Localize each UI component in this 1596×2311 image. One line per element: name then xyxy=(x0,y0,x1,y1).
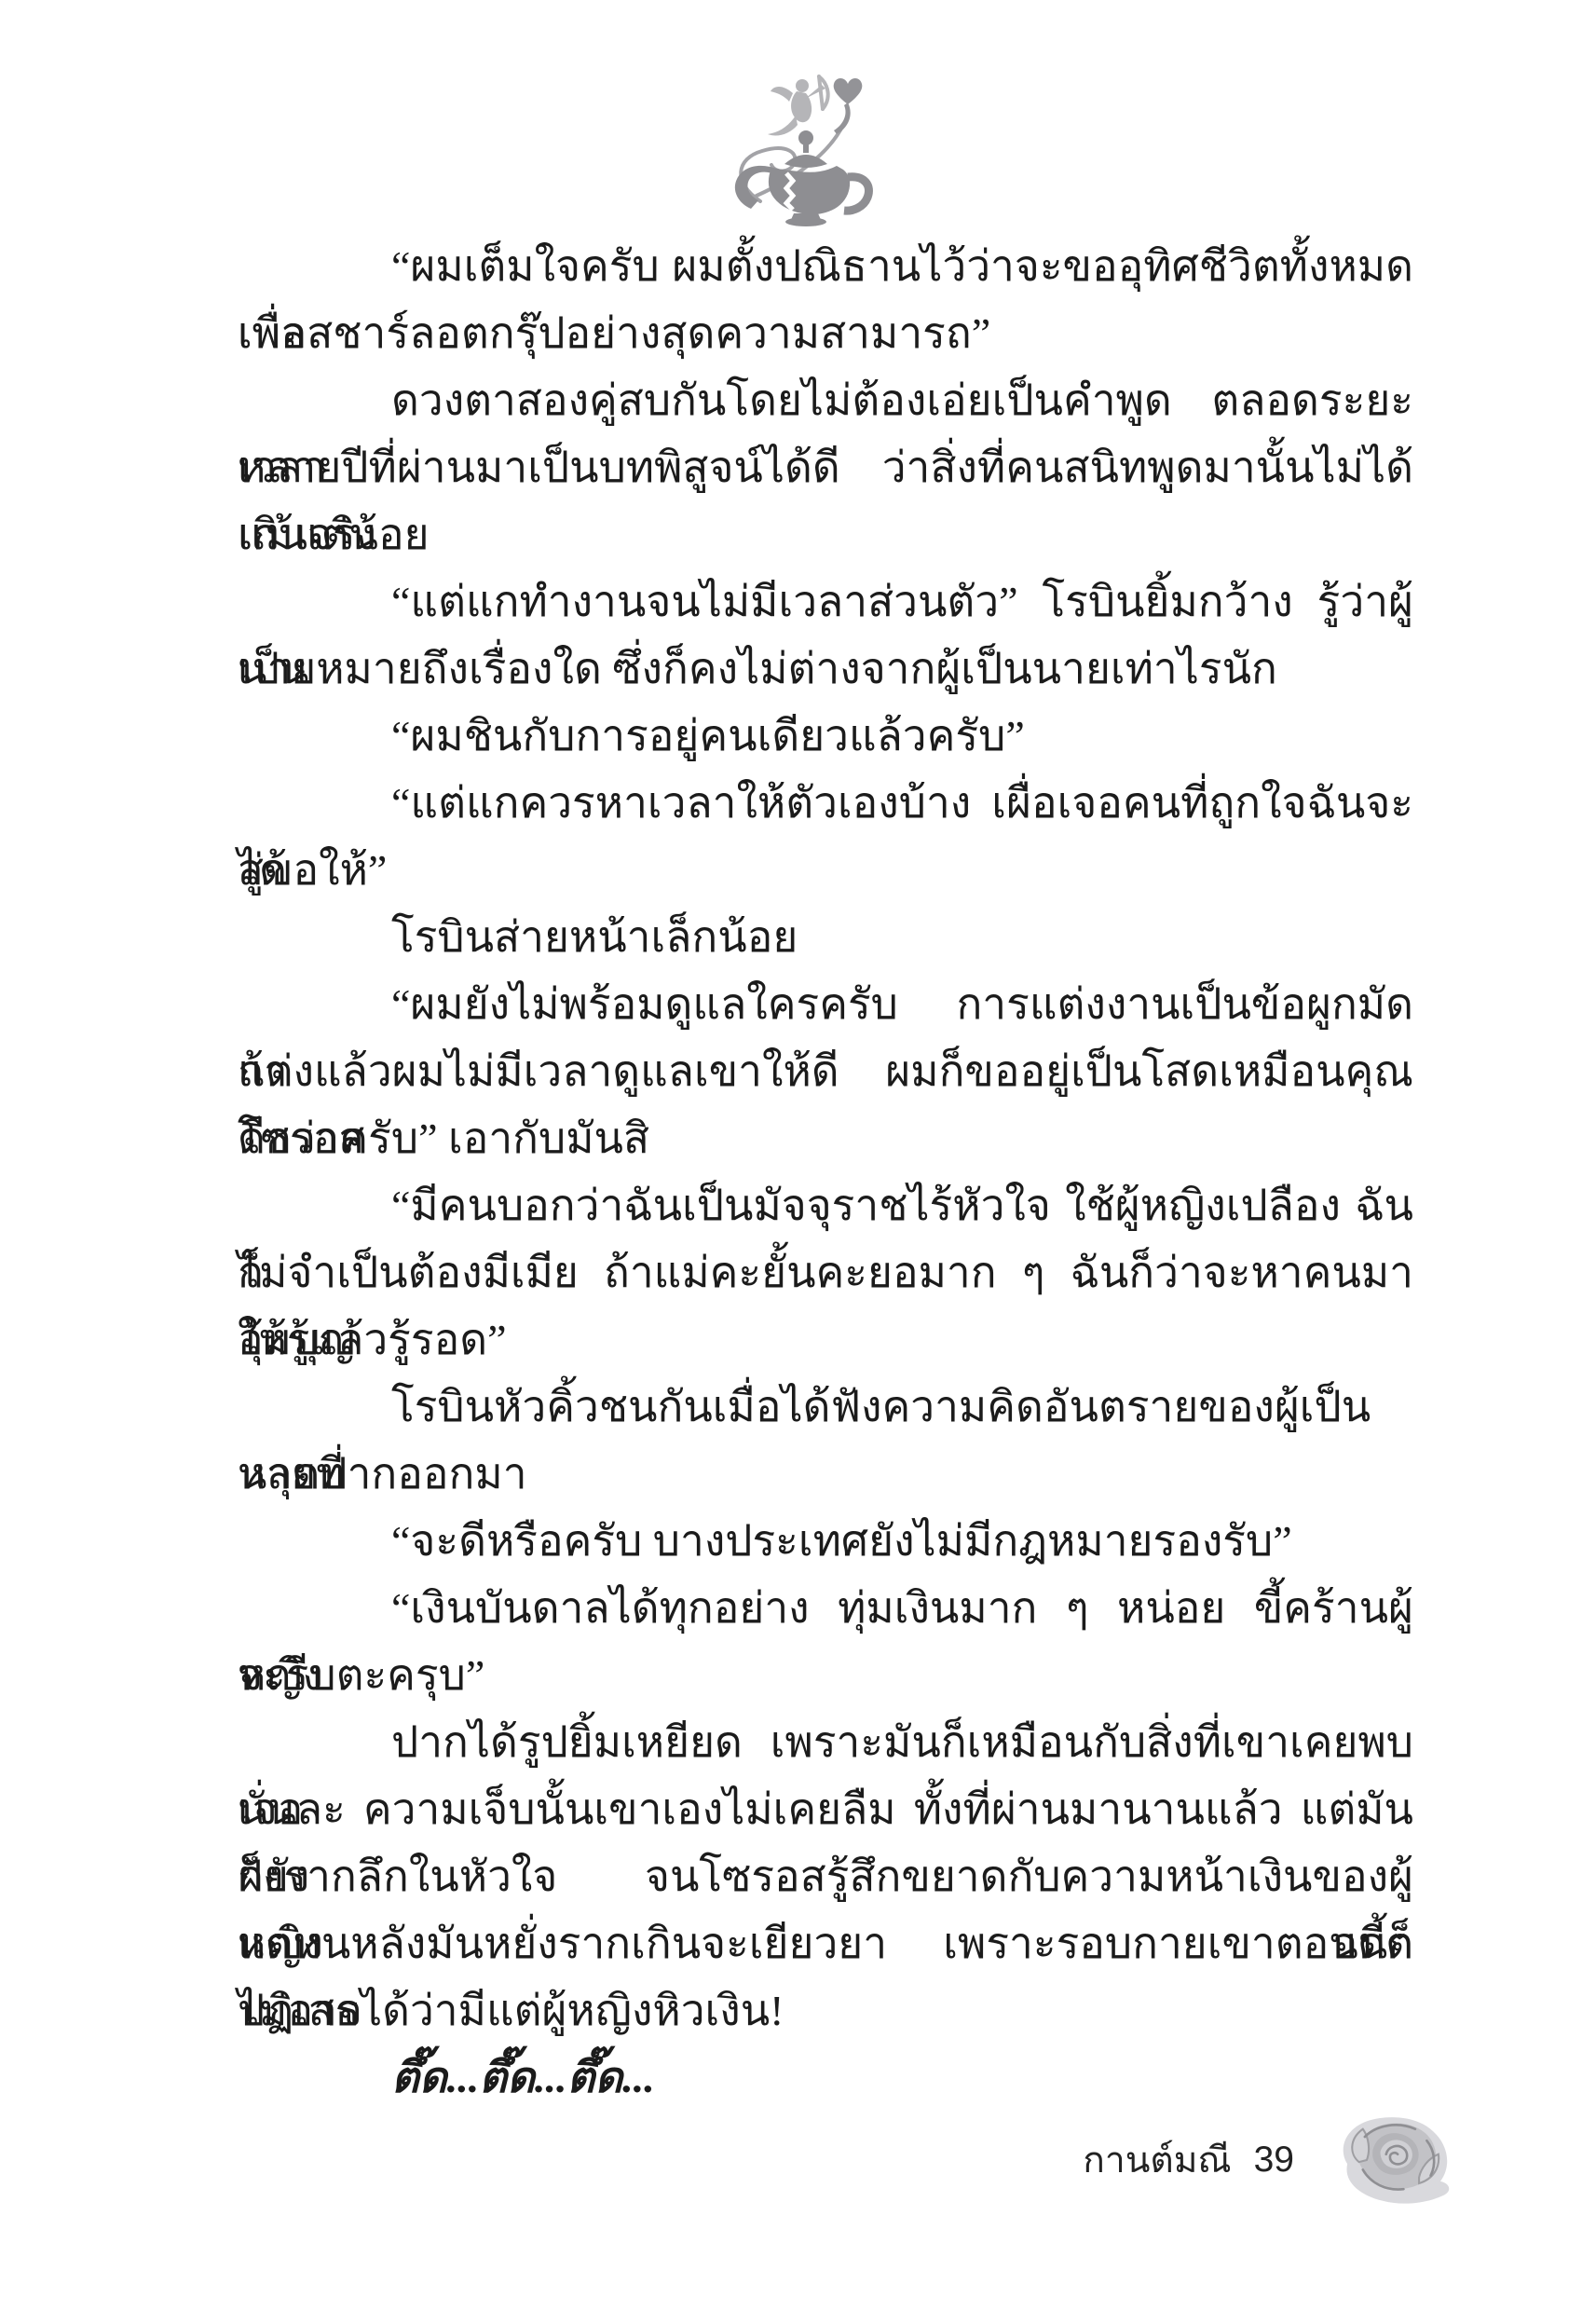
text-line: “เงินบันดาลได้ทุกอย่าง ทุ่มเงินมาก ๆ หน่… xyxy=(238,1575,1413,1642)
lamp-base xyxy=(785,217,826,226)
text-line: ไม่จำเป็นต้องมีเมีย ถ้าแม่คะยั้นคะยอมาก … xyxy=(238,1239,1413,1306)
text-line: แต่หนหลังมันหยั่งรากเกินจะเยียวยา เพราะร… xyxy=(238,1910,1413,1977)
text-line: ให้รู้แล้วรู้รอด” xyxy=(238,1306,1413,1374)
text-line: นายหมายถึงเรื่องใด ซึ่งก็คงไม่ต่างจากผู้… xyxy=(238,636,1413,703)
page-number: 39 xyxy=(1254,2140,1294,2181)
text-line: ฝังรากลึกในหัวใจ จนโซรอสรู้สึกขยาดกับควา… xyxy=(238,1843,1413,1910)
text-line: ปฏิเสธได้ว่ามีแต่ผู้หญิงหิวเงิน! xyxy=(238,1977,1413,2044)
heart-icon xyxy=(834,78,863,134)
text-line: “แต่แกทำงานจนไม่มีเวลาส่วนตัว” โรบินยิ้ม… xyxy=(238,568,1413,636)
text-line: “แต่แกควรหาเวลาให้ตัวเองบ้าง เผื่อเจอคนท… xyxy=(238,770,1413,837)
text-line: “ผมยังไม่พร้อมดูแลใครครับ การแต่งงานเป็น… xyxy=(238,971,1413,1038)
text-line: “ผมเต็มใจครับ ผมตั้งปณิธานไว้ว่าจะขออุทิ… xyxy=(238,233,1413,300)
cupid-genie-lamp-icon xyxy=(725,73,897,226)
lamp-body xyxy=(769,166,850,214)
text-line: เพลสชาร์ลอตกรุ๊ปอย่างสุดความสามารถ” xyxy=(238,300,1413,367)
cupid-icon xyxy=(768,79,825,136)
cupid-bow xyxy=(819,76,828,109)
page-footer: กานต์มณี 39 xyxy=(1083,2108,1456,2212)
page-text: “ผมเต็มใจครับ ผมตั้งปณิธานไว้ว่าจะขออุทิ… xyxy=(238,233,1413,2112)
text-line: “จะดีหรือครับ บางประเทศยังไม่มีกฎหมายรอง… xyxy=(238,1508,1413,1575)
text-line: แต่งแล้วผมไม่มีเวลาดูแลเขาให้ดี ผมก็ขออย… xyxy=(238,1038,1413,1105)
lamp-knob xyxy=(798,130,813,145)
text-line: ดีกว่าครับ” เอากับมันสิ xyxy=(238,1105,1413,1172)
text-line: สู่ขอให้” xyxy=(238,837,1413,904)
lamp-cupid-ornament xyxy=(725,73,897,226)
text-line: โรบินส่ายหน้าเล็กน้อย xyxy=(238,904,1413,971)
genie-lamp-icon xyxy=(735,130,869,226)
text-line: ดวงตาสองคู่สบกันโดยไม่ต้องเอ่ยเป็นคำพูด … xyxy=(238,367,1413,434)
book-page: “ผมเต็มใจครับ ผมตั้งปณิธานไว้ว่าจะขออุทิ… xyxy=(0,0,1596,2311)
footer-author: กานต์มณี xyxy=(1083,2131,1231,2189)
text-line: หลุดปากออกมา xyxy=(238,1441,1413,1508)
text-line: “ผมชินกับการอยู่คนเดียวแล้วครับ” xyxy=(238,703,1413,770)
rose-icon xyxy=(1330,2112,1456,2208)
text-line: โรบินหัวคิ้วชนกันเมื่อได้ฟังความคิดอันตร… xyxy=(238,1374,1413,1441)
text-line: “มีคนบอกว่าฉันเป็นมัจจุราชไร้หัวใจ ใช้ผู… xyxy=(238,1172,1413,1239)
text-line: แม้แต่น้อย xyxy=(238,501,1413,568)
text-line: นั่นละ ความเจ็บนั้นเขาเองไม่เคยลืม ทั้งท… xyxy=(238,1776,1413,1843)
text-line: ตึ๊ด...ตึ๊ด...ตึ๊ด... xyxy=(238,2044,1413,2112)
text-line: หลายปีที่ผ่านมาเป็นบทพิสูจน์ได้ดี ว่าสิ่… xyxy=(238,434,1413,501)
text-line: จะรีบตะครุบ” xyxy=(238,1642,1413,1709)
text-line: ปากได้รูปยิ้มเหยียด เพราะมันก็เหมือนกับส… xyxy=(238,1709,1413,1776)
